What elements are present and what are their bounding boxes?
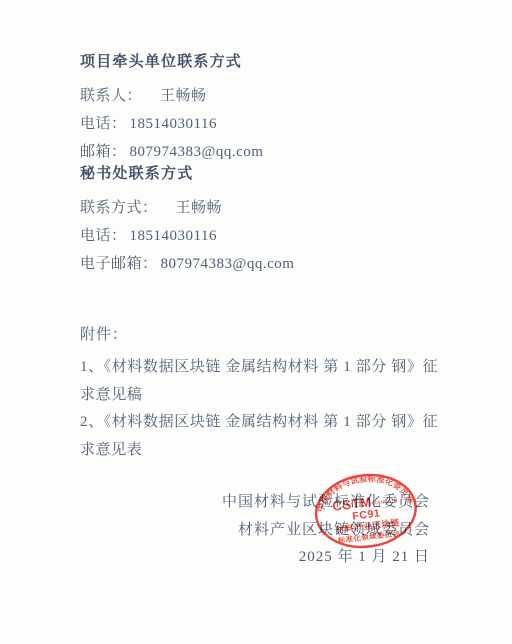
attachments-section: 附件： 1、《材料数据区块链 金属结构材料 第 1 部分 钢》征求意见稿 2、《… — [80, 325, 450, 464]
secretariat-contact-section: 秘书处联系方式 联系方式：王畅畅 电话：18514030116 电子邮箱：807… — [80, 164, 450, 278]
phone-value: 18514030116 — [130, 116, 217, 132]
contact-person-value: 王畅畅 — [160, 88, 207, 104]
phone-label: 电话： — [80, 116, 127, 132]
contact-method-row: 联系方式：王畅畅 — [80, 194, 450, 222]
scanned-document-page: 项目牵头单位联系方式 联系人：王畅畅 电话：18514030116 邮箱：807… — [0, 0, 512, 644]
contact-method-label: 联系方式： — [80, 200, 158, 216]
secretariat-contact-rows: 联系方式：王畅畅 电话：18514030116 电子邮箱：807974383@q… — [80, 194, 450, 278]
seal-acronym-suffix: standard — [372, 498, 398, 507]
email-row: 邮箱：807974383@qq.com — [80, 138, 450, 166]
lead-contact-rows: 联系人：王畅畅 电话：18514030116 邮箱：807974383@qq.c… — [80, 82, 450, 166]
contact-method-value: 王畅畅 — [176, 200, 223, 216]
lead-contact-title: 项目牵头单位联系方式 — [80, 52, 450, 72]
phone-label: 电话： — [80, 228, 127, 244]
lead-contact-section: 项目牵头单位联系方式 联系人：王畅畅 电话：18514030116 邮箱：807… — [80, 52, 450, 166]
attachments-list: 1、《材料数据区块链 金属结构材料 第 1 部分 钢》征求意见稿 2、《材料数据… — [80, 354, 450, 464]
phone-row: 电话：18514030116 — [80, 222, 450, 250]
phone-value: 18514030116 — [130, 228, 217, 244]
email-row: 电子邮箱：807974383@qq.com — [80, 250, 450, 278]
contact-person-row: 联系人：王畅畅 — [80, 82, 450, 110]
attachments-title: 附件： — [80, 325, 450, 345]
email-label: 电子邮箱： — [80, 256, 158, 272]
email-value: 807974383@qq.com — [161, 256, 295, 272]
contact-person-label: 联系人： — [80, 88, 142, 104]
secretariat-contact-title: 秘书处联系方式 — [80, 164, 450, 184]
email-label: 邮箱： — [80, 144, 127, 160]
attachment-item-1: 1、《材料数据区块链 金属结构材料 第 1 部分 钢》征求意见稿 — [80, 354, 450, 409]
email-value: 807974383@qq.com — [130, 144, 264, 160]
phone-row: 电话：18514030116 — [80, 110, 450, 138]
official-seal-stamp: 中国材料与试验标准化委员会 CSTMstandard FC91 材料产业区块链 … — [296, 452, 436, 573]
